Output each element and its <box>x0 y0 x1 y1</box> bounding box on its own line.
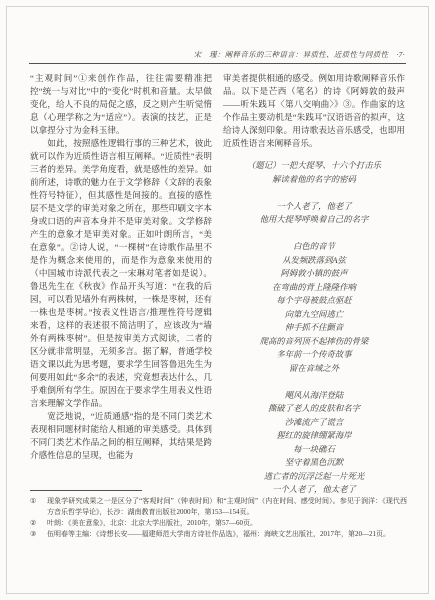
footnote: ② 叶朗：《美在意象》，北京：北京大学出版社，2010年，第57—60页。 <box>30 518 407 529</box>
poem-line: 每个字母被鼓点驱赶 <box>223 294 405 308</box>
left-paragraph-list: 如此，按照感性逻辑行事的三种艺术，彼此就可以作为近质性语言相互阐释。“近质性”表… <box>30 137 212 462</box>
poem-line: 爬高的音列顶不起摔伤的骨梁 <box>223 335 405 349</box>
poem-line: （题记）一把大提琴、十六个打击乐 <box>223 159 405 173</box>
running-head-title: 宋 瑾：阐释音乐的三种语言：异质性、近质性与同质性 <box>194 49 389 60</box>
footnote-divider <box>30 490 142 491</box>
poem-line: 他用大提琴呼唤着自己的名字 <box>223 213 405 227</box>
poem-line: 多年前一个传奇故事 <box>223 348 405 362</box>
poem-line: 撕破了老人的皮肤和名字 <box>223 402 405 416</box>
poem-line: 伸手抓不住颤音 <box>223 321 405 335</box>
poem-line <box>223 227 405 241</box>
footnotes: ① 现象学研究成果之一是区分了“客观时间”（钟表时间）和“主观时间”（内在时间、… <box>30 496 407 540</box>
poem-line <box>223 375 405 389</box>
footnote: ③ 伍明春等主编：《诗想长安——福建师范大学南方诗社作品选》，福州：海峡文艺出版… <box>30 529 407 540</box>
running-head: 宋 瑾：阐释音乐的三种语言：异质性、近质性与同质性 ·7· <box>30 49 405 60</box>
poem-line <box>223 186 405 200</box>
poem-block: （题记）一把大提琴、十六个打击乐解读着他的名字的密码一个人老了，他老了他用大提琴… <box>223 159 405 497</box>
footnote-text: 叶朗：《美在意象》，北京：北京大学出版社，2010年，第57—60页。 <box>47 519 257 527</box>
poem-line: 沙滩流产了谎言 <box>223 416 405 430</box>
poem-line: 白色的音节 <box>223 240 405 254</box>
footnote-text: 现象学研究成果之一是区分了“客观时间”（钟表时间）和“主观时间”（内在时间、感受… <box>47 497 407 516</box>
right-column: 审美者提供相通的感受。例如用诗歌阐释音乐作品。以下是芒西（笔名）的诗《阿姆敦的鼓… <box>223 72 405 497</box>
poem-line: 一个人老了，他老了 <box>223 200 405 214</box>
journal-page: 宋 瑾：阐释音乐的三种语言：异质性、近质性与同质性 ·7· “主观时间”①来创作… <box>0 0 435 600</box>
poem-line: 阿姆敦小镇的鼓声 <box>223 267 405 281</box>
footnote-text: 伍明春等主编：《诗想长安——福建师范大学南方诗社作品选》，福州：海峡文艺出版社，… <box>47 530 390 538</box>
page-number: ·7· <box>396 50 405 59</box>
poem-line: 解读着他的名字的密码 <box>223 173 405 187</box>
footnote-number: ③ <box>30 529 36 540</box>
paragraph-continuation: 审美者提供相通的感受。例如用诗歌阐释音乐作品。以下是芒西（笔名）的诗《阿姆敦的鼓… <box>223 72 405 150</box>
poem-line: 在弯曲的背上隆隆作响 <box>223 281 405 295</box>
footnote: ① 现象学研究成果之一是区分了“客观时间”（钟表时间）和“主观时间”（内在时间、… <box>30 496 407 518</box>
paragraph: 宽泛地说，“近质通感”指的是不同门类艺术表现相同题材时能给人相通的审美感受。具体… <box>30 410 212 462</box>
two-column-body: “主观时间”①来创作作品，往往需要精准把控“统一与对比”中的“变化”时机和音量。… <box>30 72 405 497</box>
paragraph: 如此，按照感性逻辑行事的三种艺术，彼此就可以作为近质性语言相互阐释。“近质性”表… <box>30 137 212 410</box>
poem-line: 猩红的旋律绷紧海岸 <box>223 429 405 443</box>
poem-line: 坚守着黑色沉默 <box>223 456 405 470</box>
header-rule <box>29 63 406 64</box>
paragraph-continuation: “主观时间”①来创作作品，往往需要精准把控“统一与对比”中的“变化”时机和音量。… <box>30 72 212 137</box>
poem-line: 飓风从海洋登陆 <box>223 389 405 403</box>
poem-line: 留在音域之外 <box>223 362 405 376</box>
poem-line: 向第九空间逃亡 <box>223 308 405 322</box>
poem-line: 从发频跌落到A弦 <box>223 254 405 268</box>
left-column: “主观时间”①来创作作品，往往需要精准把控“统一与对比”中的“变化”时机和音量。… <box>30 72 212 497</box>
poem-line: 逃亡者的沉浮泛起一片死光 <box>223 470 405 484</box>
poem-line: 一个人老了，他太老了 <box>223 483 405 497</box>
poem-line: 每一块礁石 <box>223 443 405 457</box>
footnote-number: ① <box>30 496 36 507</box>
footnote-number: ② <box>30 518 36 529</box>
